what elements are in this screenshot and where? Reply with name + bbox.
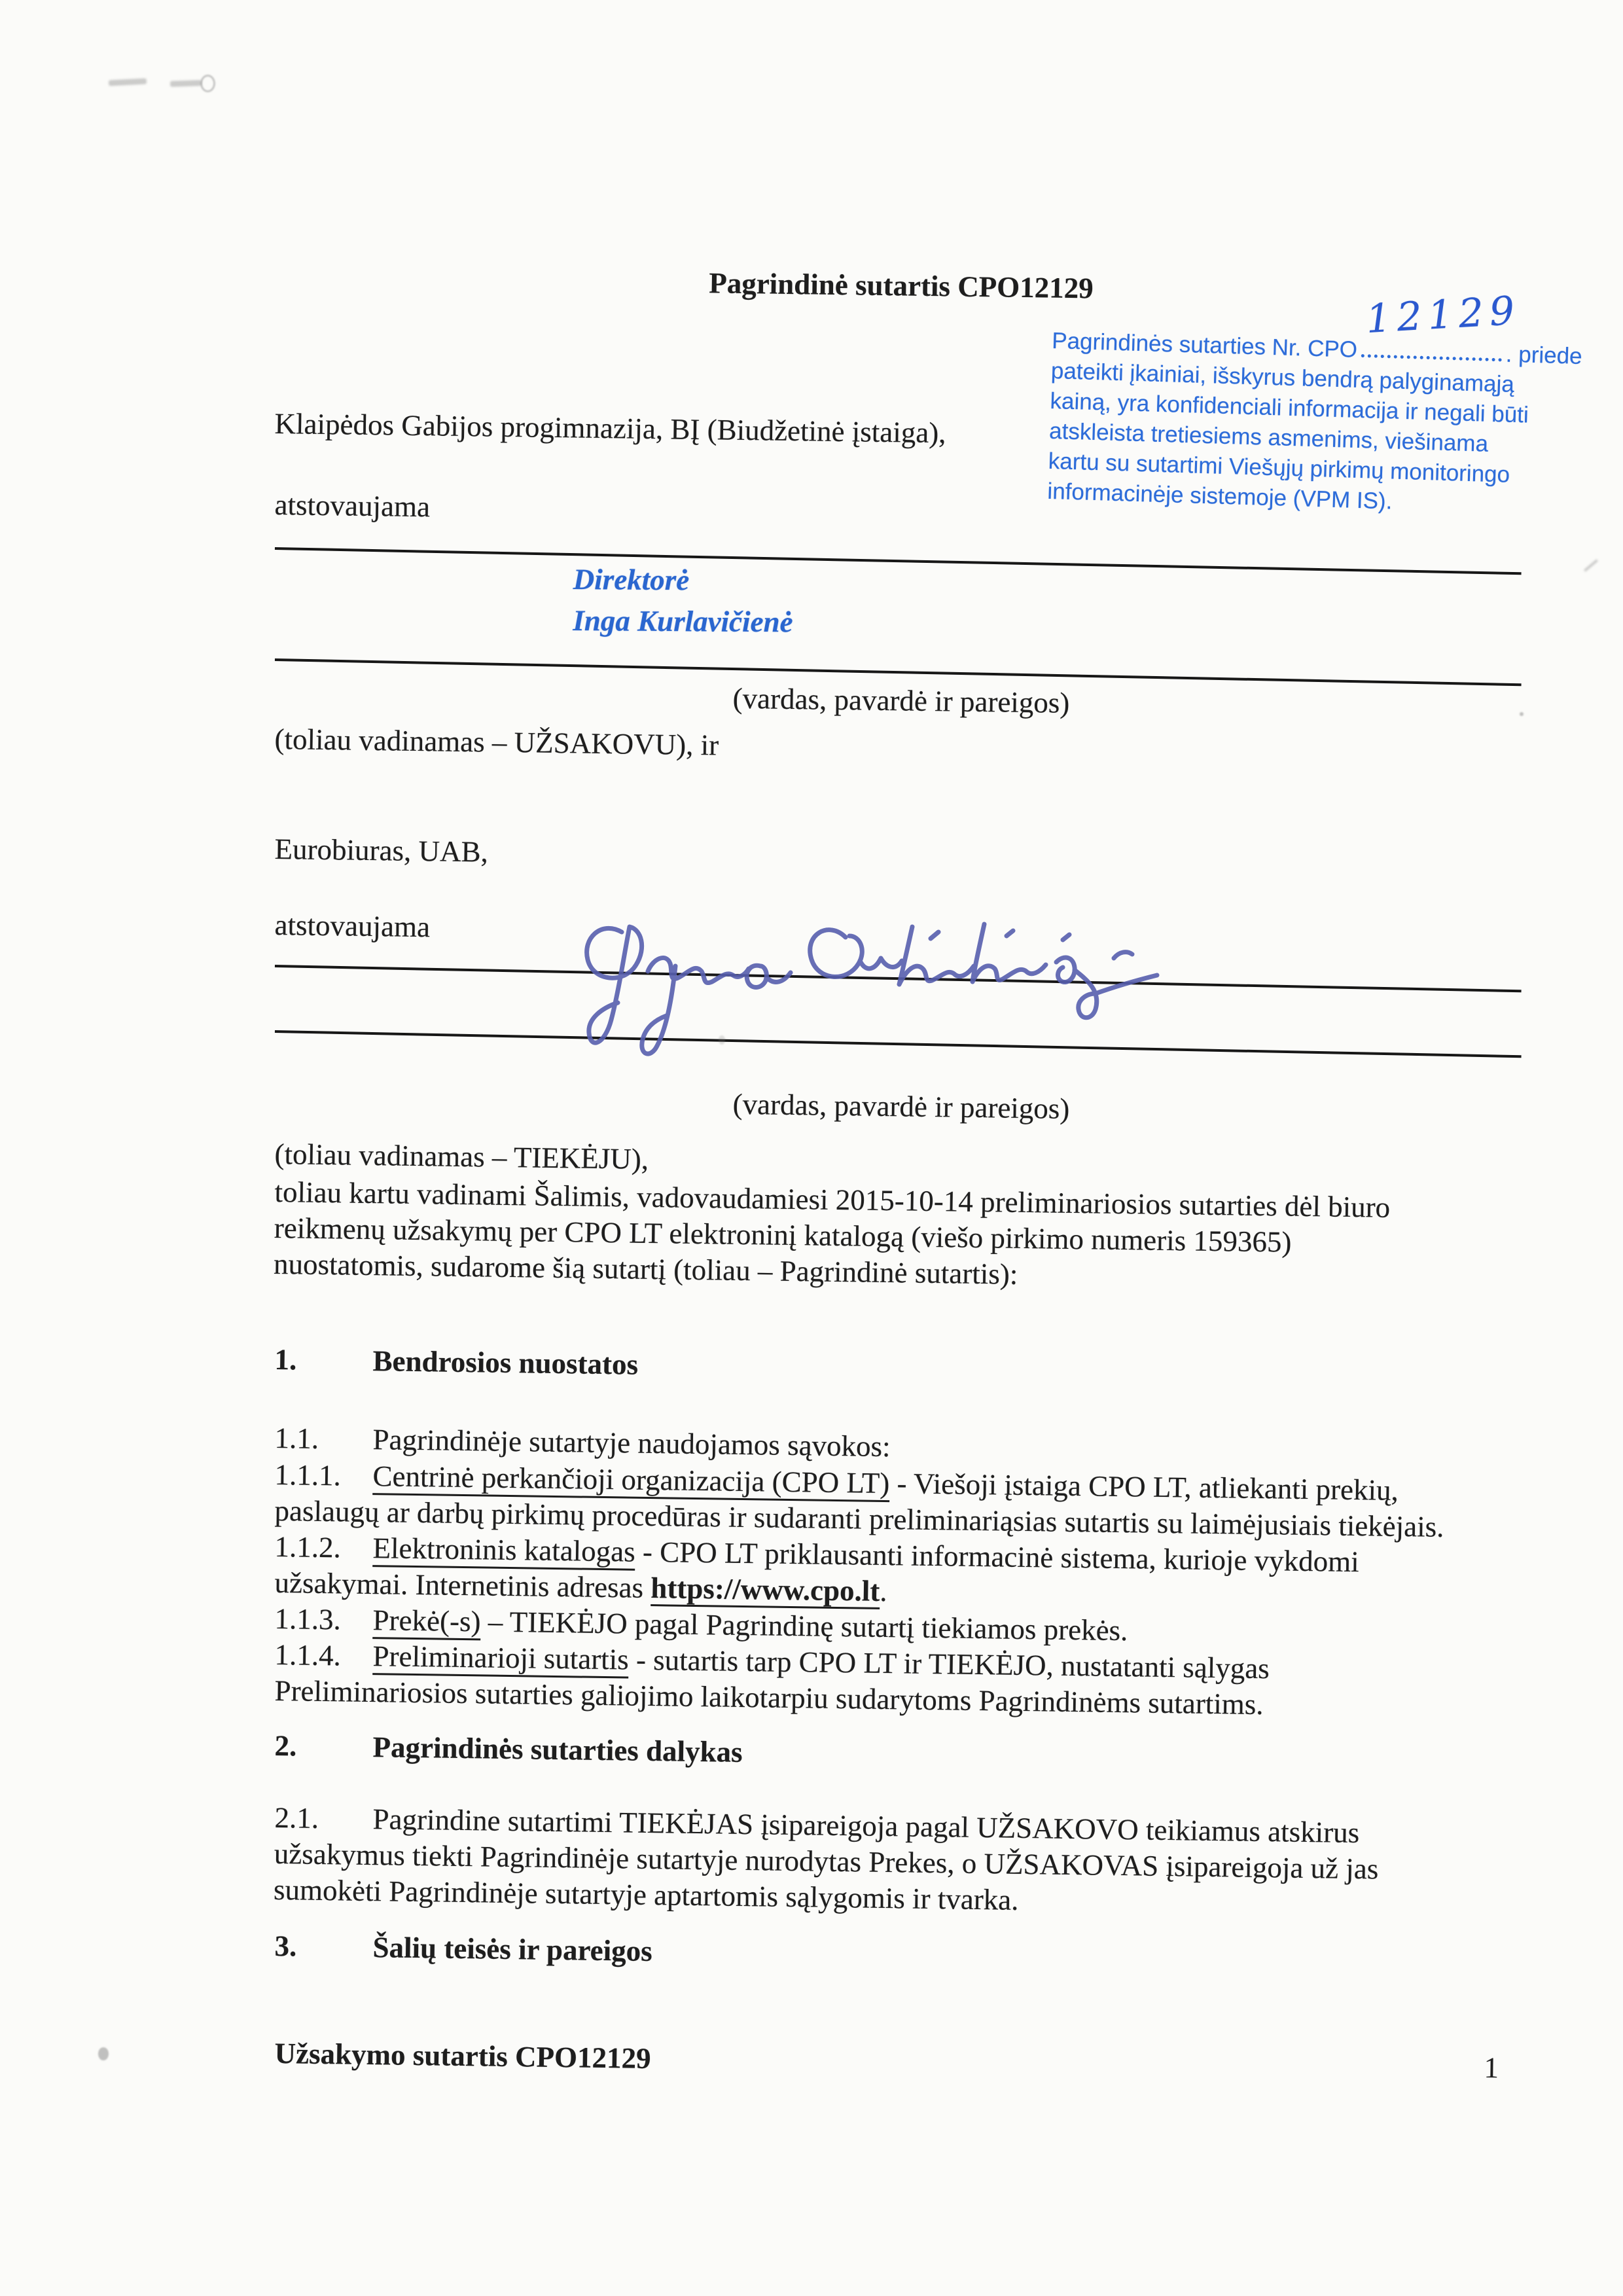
clause-number: 1.1.1. (274, 1457, 373, 1494)
section-number: 2. (274, 1728, 373, 1765)
scan-speck (1584, 559, 1598, 572)
confidentiality-stamp: Pagrindinės sutarties Nr. CPO12129. prie… (1047, 326, 1596, 523)
definition-text: - Viešoji įstaiga CPO LT, atliekanti pre… (889, 1467, 1399, 1507)
defined-term: Prekė(-s) (372, 1604, 481, 1640)
section-title: Pagrindinės sutarties dalykas (372, 1731, 743, 1768)
section-2-heading: 2.Pagrindinės sutarties dalykas (274, 1728, 743, 1770)
section-title: Šalių teisės ir pareigos (372, 1931, 652, 1967)
section-title: Bendrosios nuostatos (372, 1344, 638, 1381)
pencil-smudge (170, 80, 202, 87)
supplier-alias: (toliau vadinamas – TIEKĖJU), (274, 1136, 649, 1177)
supplier-signature-caption: (vardas, pavardė ir pareigos) (274, 1080, 1528, 1134)
buyer-name: Klaipėdos Gabijos progimnazija, BĮ (Biud… (274, 406, 946, 451)
preamble: toliau kartu vadinami Šalimis, vadovauda… (274, 1174, 1391, 1298)
section-number: 3. (274, 1928, 373, 1965)
scan-speck (98, 2047, 109, 2060)
buyer-represented-by: atstovaujama (274, 487, 430, 525)
signatory-name: Inga Kurlavičienė (573, 600, 793, 643)
stamp-dotted-line: 12129 (1361, 348, 1502, 361)
page-title: Pagrindinė sutartis CPO12129 (274, 259, 1528, 313)
clause-text: Pagrindinėje sutartyje naudojamos sąvoko… (372, 1423, 891, 1463)
clause-number: 2.1. (274, 1800, 373, 1837)
signatory-role: Direktorė (573, 559, 794, 601)
clause-number: 1.1.2. (274, 1529, 373, 1566)
clause-number: 1.1.3. (274, 1601, 373, 1638)
handwritten-contract-number: 12129 (1365, 296, 1521, 335)
scanned-contract-page: { "page": { "title": "Pagrindinė sutarti… (0, 0, 1623, 2296)
definition-text: užsakymai. Internetinis adresas (274, 1566, 651, 1604)
section-number: 1. (274, 1342, 373, 1379)
page-number: 1 (1484, 2050, 1499, 2086)
definition-text: . (880, 1575, 887, 1607)
section-1-heading: 1.Bendrosios nuostatos (274, 1342, 638, 1383)
pencil-curl (200, 75, 215, 92)
footer-document-id: Užsakymo sutartis CPO12129 (274, 2036, 651, 2077)
defined-term: Preliminarioji sutartis (372, 1640, 629, 1678)
catalog-url: https://www.cpo.lt (651, 1571, 880, 1609)
supplier-name: Eurobiuras, UAB, (274, 831, 488, 870)
supplier-represented-by: atstovaujama (274, 907, 430, 945)
pencil-smudge (109, 78, 147, 86)
clause-number: 1.1. (274, 1420, 373, 1458)
defined-term: Elektroninis katalogas (372, 1532, 635, 1571)
signature-line (275, 547, 1522, 575)
clause-2-1: 2.1.Pagrindine sutartimi TIEKĖJAS įsipar… (274, 1800, 1380, 1924)
stamp-line-1-suffix: . priede (1505, 342, 1582, 369)
section-3-heading: 3.Šalių teisės ir pareigos (274, 1928, 652, 1969)
handwritten-signature (564, 898, 1232, 1068)
clause-number: 1.1.4. (274, 1637, 373, 1674)
buyer-signatory-stamp: Direktorė Inga Kurlavičienė (573, 559, 793, 643)
buyer-alias: (toliau vadinamas – UŽSAKOVU), ir (274, 721, 719, 763)
scan-speck (1520, 712, 1524, 716)
